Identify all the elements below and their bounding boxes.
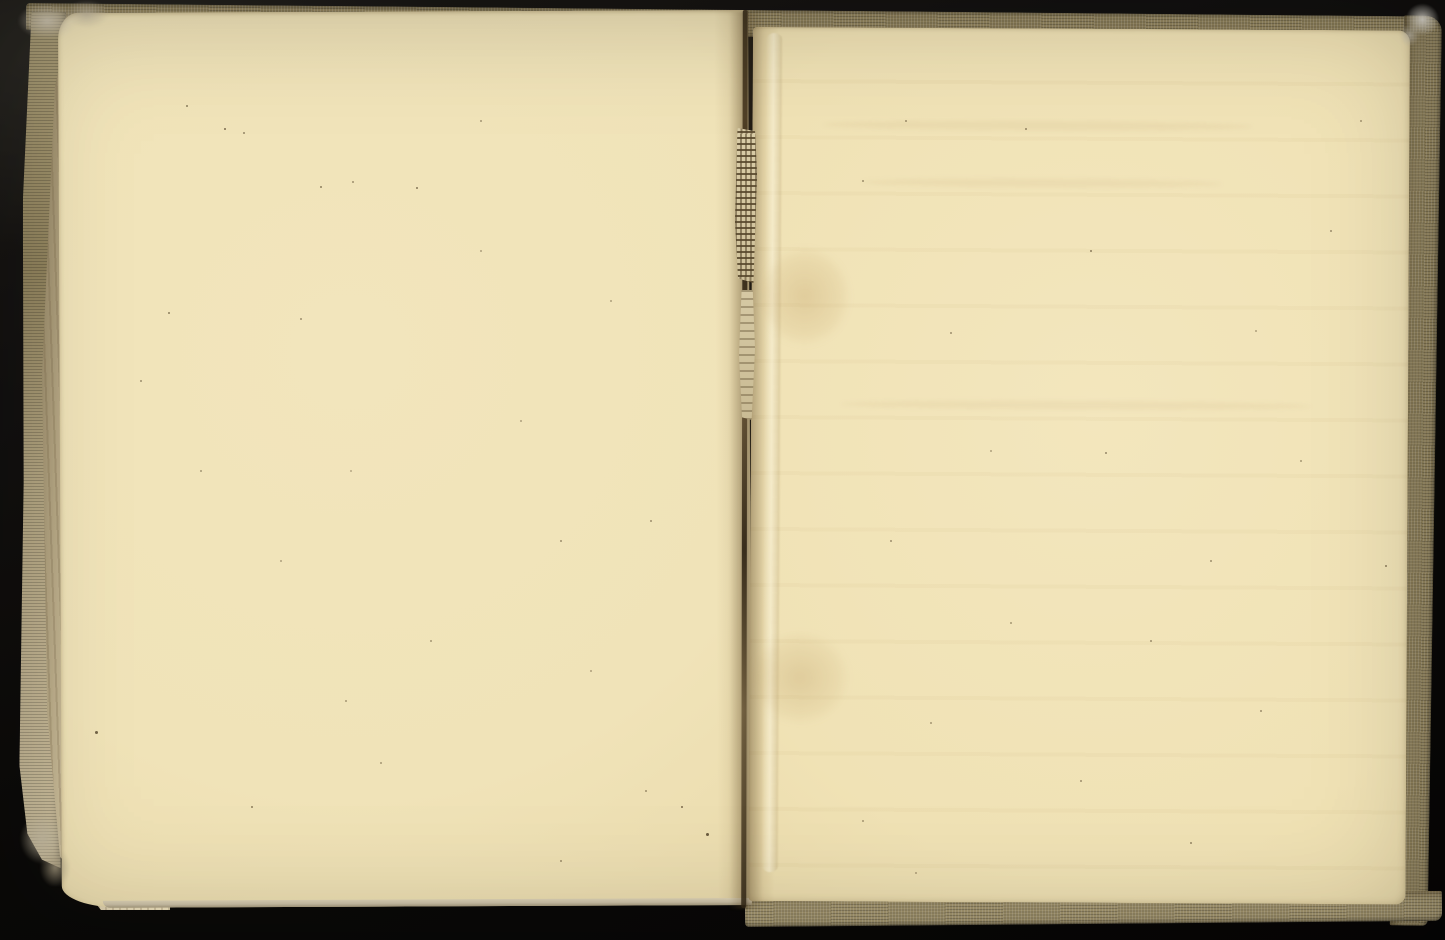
right-page-faint-streak [822,119,1252,131]
book-scan-photo [0,0,1445,940]
right-page-fold-crease [762,33,783,872]
right-page-stain-lower [749,625,855,731]
right-page [748,27,1410,904]
right-page-faint-streak [862,178,1222,189]
binding-gauze [735,128,758,283]
right-page-faint-streak [841,399,1311,410]
right-page-stain-upper [759,242,860,351]
left-page [58,10,752,908]
